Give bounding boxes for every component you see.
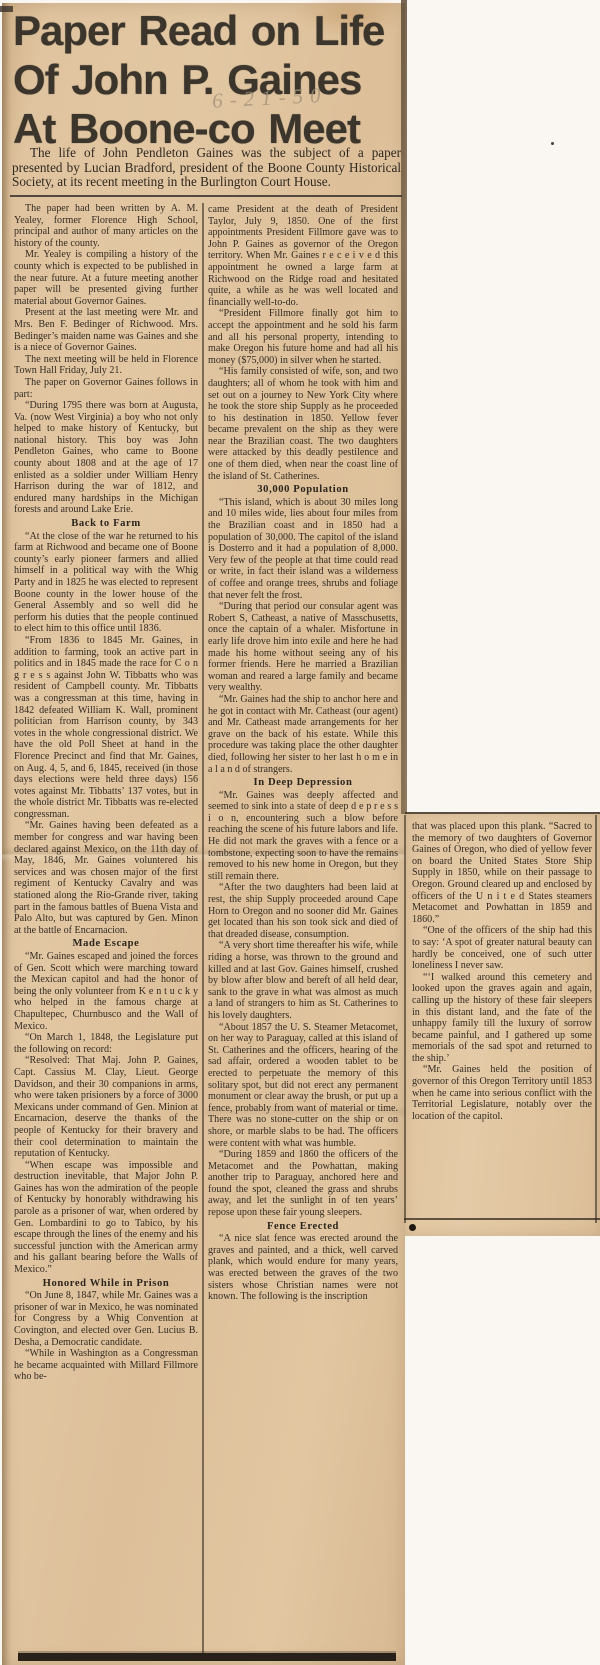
article-paragraph: The paper had been written by A. M. Yeal… <box>14 203 198 249</box>
divider-rule <box>404 1218 600 1220</box>
end-bullet <box>409 1224 416 1231</box>
scanned-newspaper-clipping: Paper Read on Life Of John P. Gaines At … <box>0 0 600 1665</box>
lede-paragraph: The life of John Pendleton Gaines was th… <box>12 146 401 190</box>
article-paragraph: “About 1857 the U. S. Steamer Metacomet,… <box>208 1022 398 1150</box>
column-right: that was placed upon this plank. “Sacred… <box>412 821 592 1224</box>
column-left: The paper had been written by A. M. Yeal… <box>14 203 198 1651</box>
column-divider <box>404 815 406 1223</box>
article-paragraph: “While in Washington as a Congressman he… <box>14 1348 198 1383</box>
article-paragraph: “When escape was impossible and destruct… <box>14 1160 198 1276</box>
article-paragraph: “A very short time thereafter his wife, … <box>208 940 398 1021</box>
article-paragraph: “Resolved: That Maj. John P. Gaines, Cap… <box>14 1055 198 1159</box>
column-middle: came President at the death of President… <box>208 204 398 1664</box>
article-paragraph: “During 1795 there was born at Augusta, … <box>14 400 198 516</box>
section-subhead: Back to Farm <box>14 518 198 530</box>
section-subhead: Made Escape <box>14 938 198 950</box>
article-paragraph: “Mr. Gaines held the position of governo… <box>412 1064 592 1122</box>
article-paragraph: “At the close of the war he returned to … <box>14 531 198 635</box>
article-headline: Paper Read on Life Of John P. Gaines At … <box>13 6 405 153</box>
article-paragraph: “This island, which is about 30 miles lo… <box>208 497 398 601</box>
article-paragraph: “On March 1, 1848, the Legislature put t… <box>14 1032 198 1055</box>
article-paragraph: “Mr. Gaines escaped and joined the force… <box>14 951 198 1032</box>
scan-speck <box>551 142 554 145</box>
article-paragraph: “From 1836 to 1845 Mr. Gaines, in additi… <box>14 635 198 821</box>
article-paragraph: “President Fillmore finally got him to a… <box>208 308 398 366</box>
column-divider <box>202 203 204 1655</box>
section-subhead: In Deep Depression <box>208 777 398 789</box>
article-paragraph: “On June 8, 1847, while Mr. Gaines was a… <box>14 1290 198 1348</box>
section-subhead: Fence Erected <box>208 1221 398 1233</box>
article-paragraph: “One of the officers of the ship had thi… <box>412 925 592 971</box>
article-paragraph: “Mr. Gaines had the ship to anchor here … <box>208 694 398 775</box>
section-subhead: 30,000 Population <box>208 484 398 496</box>
divider-rule <box>405 812 600 814</box>
article-paragraph: “A nice slat fence was erected around th… <box>208 1233 398 1303</box>
article-paragraph: Mr. Yealey is compiling a history of the… <box>14 249 198 307</box>
ink-mark <box>0 6 13 12</box>
headline-line-1: Paper Read on Life <box>13 6 405 55</box>
article-paragraph: Present at the last meeting were Mr. and… <box>14 307 198 353</box>
article-paragraph: The next meeting will be held in Florenc… <box>14 354 198 377</box>
bottom-rule-bar <box>18 1653 396 1661</box>
article-paragraph: The paper on Governor Gaines follows in … <box>14 377 198 400</box>
article-paragraph: “After the two daughters had been laid a… <box>208 882 398 940</box>
article-paragraph: “His family consisted of wife, son, and … <box>208 366 398 482</box>
section-subhead: Honored While in Prison <box>14 1278 198 1290</box>
article-paragraph: “Mr. Gaines having been defeated as a me… <box>14 820 198 936</box>
article-paragraph: came President at the death of President… <box>208 204 398 308</box>
divider-rule <box>10 195 402 197</box>
article-paragraph: “During that period our consular agent w… <box>208 601 398 694</box>
article-paragraph: “‘I walked around this cemetery and look… <box>412 972 592 1065</box>
article-paragraph: “During 1859 and 1860 the officers of th… <box>208 1149 398 1219</box>
article-paragraph: that was placed upon this plank. “Sacred… <box>412 821 592 925</box>
article-paragraph: “Mr. Gaines was deeply affected and seem… <box>208 790 398 883</box>
column-edge-rule <box>595 815 597 1223</box>
